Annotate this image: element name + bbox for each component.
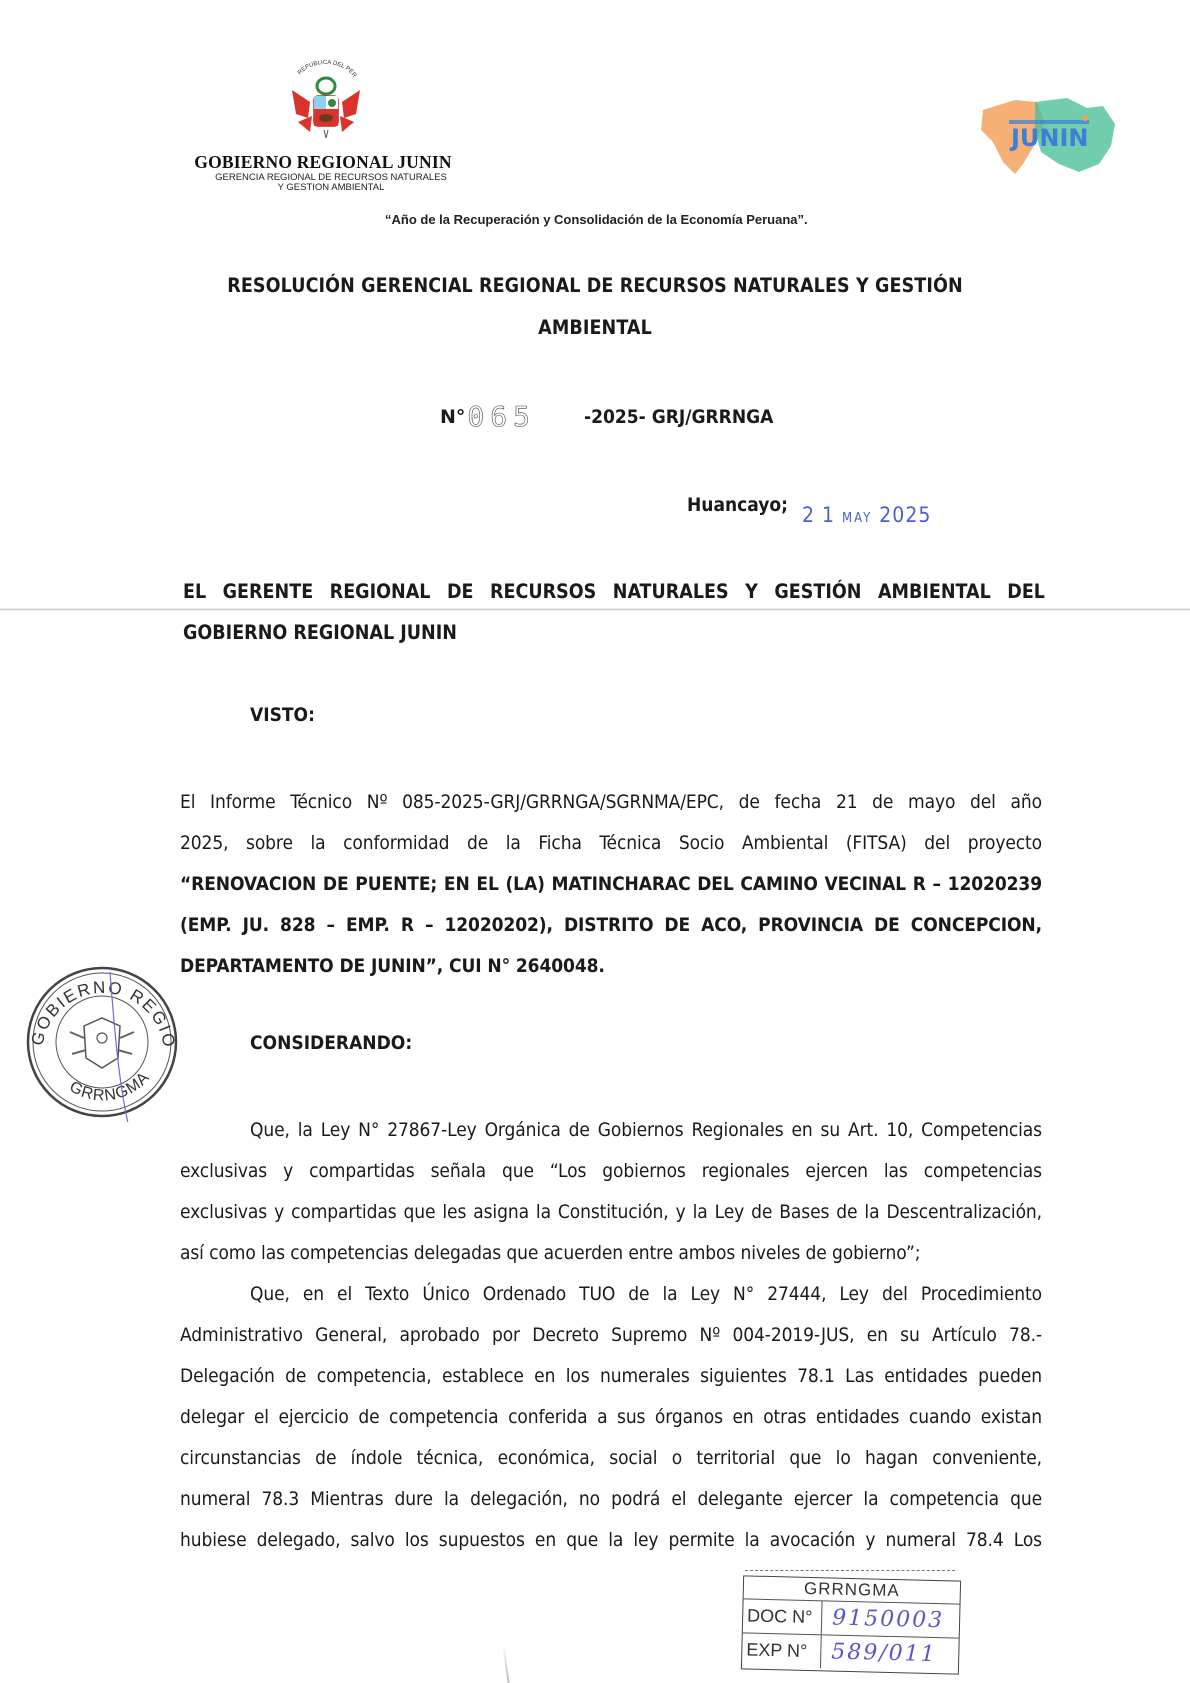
doc-label: DOC N°: [743, 1599, 823, 1634]
registry-stamp: GRRNGMA DOC N° 9150003 EXP N° 589/011: [741, 1575, 961, 1674]
date-stamp-year: 2025: [879, 503, 931, 527]
considerando-line: hubiese delegado, salvo los supuestos en…: [180, 1529, 1042, 1551]
document-title-line2: AMBIENTAL: [160, 316, 1030, 339]
considerando-heading: CONSIDERANDO:: [250, 1032, 412, 1054]
considerando-line: Administrativo General, aprobado por Dec…: [180, 1324, 1042, 1346]
doc-value: 9150003: [822, 1601, 960, 1637]
registry-doc-row: DOC N° 9150003: [743, 1599, 960, 1638]
visto-line: 2025, sobre la conformidad de la Ficha T…: [180, 832, 1042, 854]
peru-coat-of-arms-icon: REPUBLICA DEL PERU: [288, 56, 364, 148]
seal-top-text: GOBIERNO REGIONAL JUNIN: [18, 962, 179, 1050]
registry-exp-row: EXP N° 589/011: [742, 1633, 959, 1671]
visto-line: El Informe Técnico Nº 085-2025-GRJ/GRRNG…: [180, 791, 1042, 813]
number-suffix: -2025- GRJ/GRRNGA: [584, 406, 773, 428]
exp-label: EXP N°: [742, 1633, 822, 1668]
svg-text:REPUBLICA DEL PERU: REPUBLICA DEL PERU: [288, 56, 358, 79]
date-stamp-month: MAY: [842, 511, 872, 526]
considerando-line: así como las competencias delegadas que …: [180, 1242, 1042, 1264]
considerando-line: Delegación de competencia, establece en …: [180, 1365, 1042, 1387]
considerando-line: numeral 78.3 Mientras dure la delegación…: [180, 1488, 1042, 1510]
date-stamp: 2 1 MAY 2025: [802, 503, 931, 527]
place: Huancayo;: [687, 494, 788, 516]
stamp-dashed-line: [745, 1570, 955, 1572]
authority-line1: EL GERENTE REGIONAL DE RECURSOS NATURALE…: [183, 580, 1045, 603]
considerando-line: exclusivas y compartidas que les asigna …: [180, 1201, 1042, 1223]
resolution-number: N°065-2025- GRJ/GRRNGA: [440, 400, 773, 433]
considerando-line: circunstancias de índole técnica, económ…: [180, 1447, 1042, 1469]
official-seal-icon: GOBIERNO REGIONAL JUNIN GRRNGMA: [18, 962, 186, 1122]
considerando-line: exclusivas y compartidas señala que “Los…: [180, 1160, 1042, 1182]
number-value: 065: [467, 400, 536, 433]
considerando-line: delegar el ejercicio de competencia conf…: [180, 1406, 1042, 1428]
authority-line2: GOBIERNO REGIONAL JUNIN: [183, 621, 1045, 644]
number-prefix: N°: [440, 406, 465, 428]
visto-line: (EMP. JU. 828 – EMP. R – 12020202), DIST…: [180, 914, 1042, 936]
org-name: GOBIERNO REGIONAL JUNIN: [188, 152, 458, 173]
org-subtitle-line2: Y GESTION AMBIENTAL: [200, 183, 462, 193]
scan-artifact-mark: [502, 1645, 509, 1683]
considerando-line: Que, la Ley N° 27867-Ley Orgánica de Gob…: [250, 1119, 1042, 1141]
considerando-line: Que, en el Texto Único Ordenado TUO de l…: [250, 1283, 1042, 1305]
visto-heading: VISTO:: [250, 704, 315, 726]
junin-region-logo-icon: JUNIN: [975, 92, 1125, 180]
visto-line: “RENOVACION DE PUENTE; EN EL (LA) MATINC…: [180, 873, 1042, 895]
logo-text: JUNIN: [1009, 124, 1089, 152]
document-title-line1: RESOLUCIÓN GERENCIAL REGIONAL DE RECURSO…: [160, 274, 1030, 297]
org-subtitle: GERENCIA REGIONAL DE RECURSOS NATURALES …: [200, 173, 462, 193]
svg-text:GOBIERNO REGIONAL JUNIN: GOBIERNO REGIONAL JUNIN: [18, 962, 179, 1050]
date-stamp-day: 2 1: [802, 503, 835, 527]
exp-value: 589/011: [821, 1635, 959, 1671]
visto-line: DEPARTAMENTO DE JUNIN”, CUI N° 2640048.: [180, 955, 1042, 977]
scan-artifact-line: [0, 608, 1190, 611]
year-motto: “Año de la Recuperación y Consolidación …: [385, 212, 808, 227]
